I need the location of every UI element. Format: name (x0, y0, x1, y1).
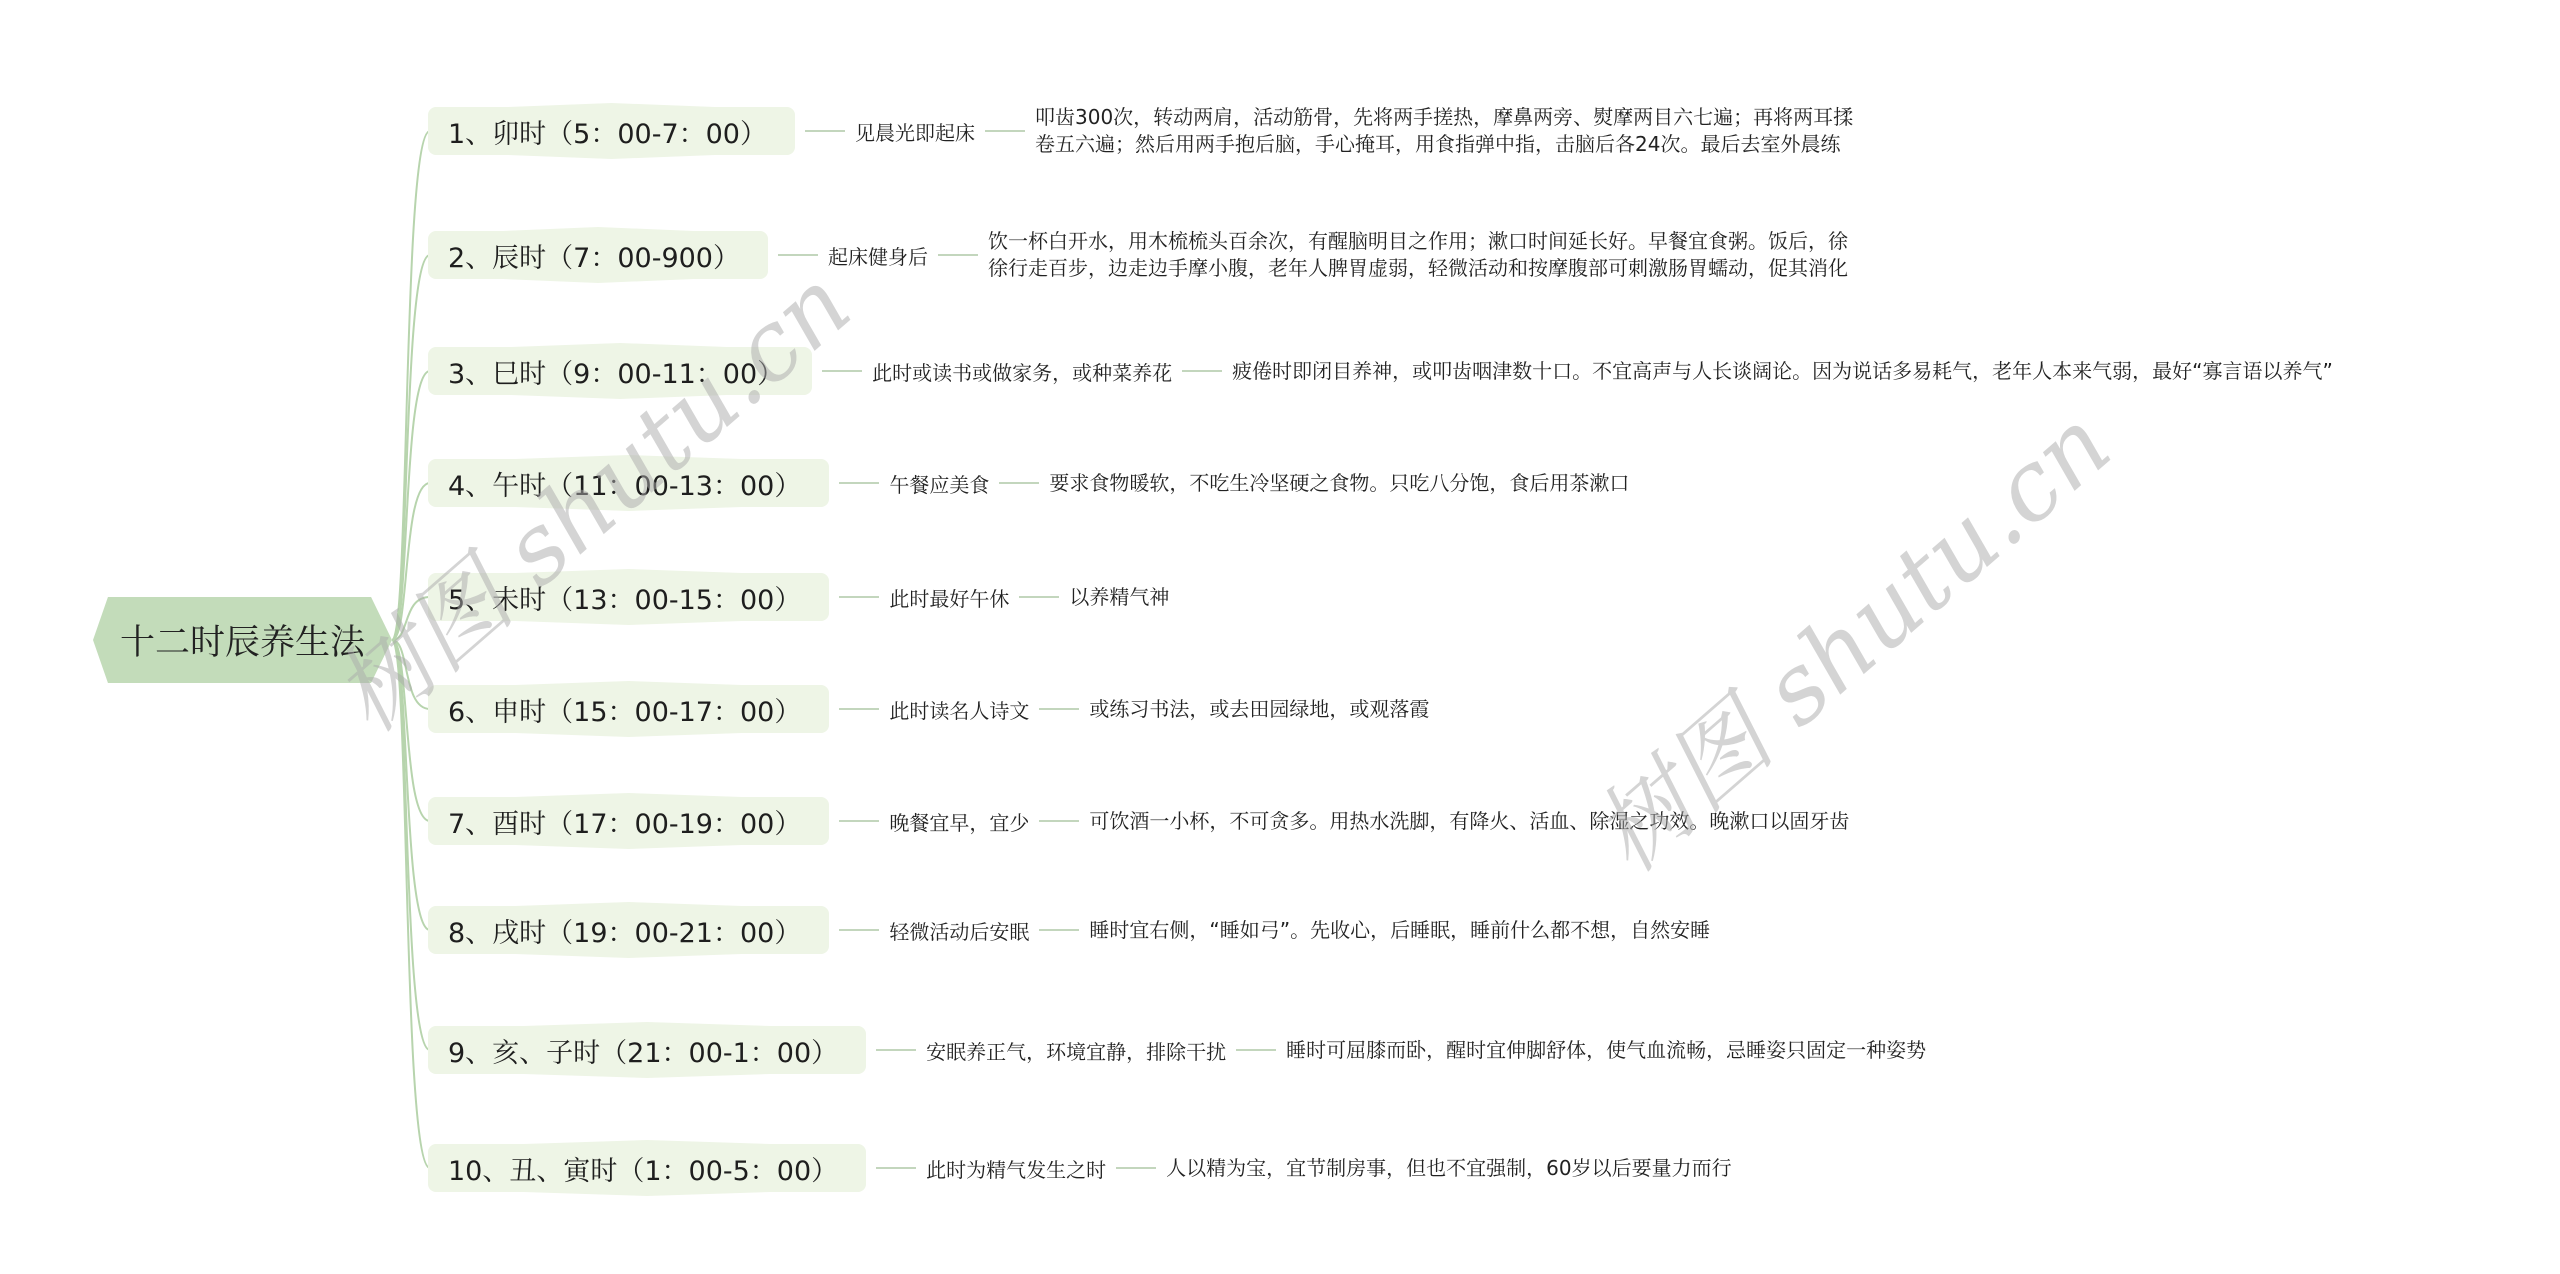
detail-text[interactable]: 疲倦时即闭目养神，或叩齿咽津数十口。不宜高声与人长谈阔论。因为说话多易耗气，老年… (1232, 358, 2333, 385)
connector-line (1236, 1049, 1276, 1051)
branch-you: 7、酉时（17：00-19：00） 晚餐宜早，宜少 可饮酒一小杯，不可贪多。用热… (428, 797, 1849, 845)
branch-shen: 6、申时（15：00-17：00） 此时读名人诗文 或练习书法，或去田园绿地，或… (428, 685, 1429, 733)
topic-label: 2、辰时（7：00-900） (448, 236, 740, 275)
topic-node[interactable]: 5、未时（13：00-15：00） (428, 573, 829, 621)
branch-hai-zi: 9、亥、子时（21：00-1：00） 安眠养正气，环境宜静，排除干扰 睡时可屈膝… (428, 1026, 1926, 1074)
connector-line (839, 482, 879, 484)
connector-line (1039, 820, 1079, 822)
topic-label: 6、申时（15：00-17：00） (448, 690, 801, 729)
connector-line (876, 1049, 916, 1051)
connector-line (876, 1167, 916, 1169)
topic-node[interactable]: 6、申时（15：00-17：00） (428, 685, 829, 733)
topic-label: 10、丑、寅时（1：00-5：00） (448, 1149, 838, 1188)
subtopic[interactable]: 见晨光即起床 (855, 117, 975, 146)
topic-label: 3、巳时（9：00-11：00） (448, 352, 784, 391)
detail-text[interactable]: 可饮酒一小杯，不可贪多。用热水洗脚，有降火、活血、除湿之功效。晚漱口以固牙齿 (1089, 808, 1849, 835)
branch-wei: 5、未时（13：00-15：00） 此时最好午休 以养精气神 (428, 573, 1169, 621)
branch-chen: 2、辰时（7：00-900） 起床健身后 饮一杯白开水，用木梳梳头百余次，有醒脑… (428, 231, 1848, 279)
branch-xu: 8、戌时（19：00-21：00） 轻微活动后安眠 睡时宜右侧，“睡如弓”。先收… (428, 906, 1710, 954)
connector-line (778, 254, 818, 256)
topic-node[interactable]: 9、亥、子时（21：00-1：00） (428, 1026, 866, 1074)
connector-line (822, 370, 862, 372)
branch-chou-yin: 10、丑、寅时（1：00-5：00） 此时为精气发生之时 人以精为宝，宜节制房事… (428, 1144, 1732, 1192)
subtopic[interactable]: 此时读名人诗文 (889, 695, 1029, 724)
detail-text[interactable]: 要求食物暖软，不吃生冷坚硬之食物。只吃八分饱，食后用茶漱口 (1049, 470, 1629, 497)
connector-line (839, 708, 879, 710)
detail-text[interactable]: 人以精为宝，宜节制房事，但也不宜强制，60岁以后要量力而行 (1166, 1155, 1731, 1182)
topic-node[interactable]: 10、丑、寅时（1：00-5：00） (428, 1144, 866, 1192)
detail-text[interactable]: 睡时宜右侧，“睡如弓”。先收心，后睡眠，睡前什么都不想，自然安睡 (1089, 917, 1710, 944)
subtopic[interactable]: 此时最好午休 (889, 583, 1009, 612)
connector-line (1039, 708, 1079, 710)
subtopic[interactable]: 起床健身后 (828, 241, 928, 270)
topic-label: 8、戌时（19：00-21：00） (448, 911, 801, 950)
subtopic[interactable]: 安眠养正气，环境宜静，排除干扰 (926, 1036, 1226, 1065)
branch-wu: 4、午时（11：00-13：00） 午餐应美食 要求食物暖软，不吃生冷坚硬之食物… (428, 459, 1629, 507)
topic-node[interactable]: 7、酉时（17：00-19：00） (428, 797, 829, 845)
connector-line (999, 482, 1039, 484)
connector-line (805, 130, 845, 132)
detail-text[interactable]: 饮一杯白开水，用木梳梳头百余次，有醒脑明目之作用；漱口时间延长好。早餐宜食粥。饭… (988, 228, 1848, 282)
connector-line (985, 130, 1025, 132)
topic-node[interactable]: 3、巳时（9：00-11：00） (428, 347, 812, 395)
subtopic[interactable]: 此时为精气发生之时 (926, 1154, 1106, 1183)
topic-label: 7、酉时（17：00-19：00） (448, 802, 801, 841)
detail-text[interactable]: 以养精气神 (1069, 584, 1169, 611)
connector-line (1182, 370, 1222, 372)
topic-node[interactable]: 1、卯时（5：00-7：00） (428, 107, 795, 155)
topic-node[interactable]: 4、午时（11：00-13：00） (428, 459, 829, 507)
root-topic-label: 十二时辰养生法 (120, 615, 365, 665)
detail-text[interactable]: 或练习书法，或去田园绿地，或观落霞 (1089, 696, 1429, 723)
root-topic[interactable]: 十二时辰养生法 (93, 597, 392, 683)
branch-mao: 1、卯时（5：00-7：00） 见晨光即起床 叩齿300次，转动两肩，活动筋骨，… (428, 107, 1853, 155)
connector-line (839, 820, 879, 822)
subtopic[interactable]: 晚餐宜早，宜少 (889, 807, 1029, 836)
topic-label: 1、卯时（5：00-7：00） (448, 112, 767, 151)
connector-line (839, 596, 879, 598)
topic-label: 4、午时（11：00-13：00） (448, 464, 801, 503)
topic-label: 9、亥、子时（21：00-1：00） (448, 1031, 838, 1070)
subtopic[interactable]: 午餐应美食 (889, 469, 989, 498)
detail-text[interactable]: 睡时可屈膝而卧，醒时宜伸脚舒体，使气血流畅，忌睡姿只固定一种姿势 (1286, 1037, 1926, 1064)
detail-text[interactable]: 叩齿300次，转动两肩，活动筋骨，先将两手搓热，摩鼻两旁、熨摩两目六七遍；再将两… (1035, 104, 1853, 158)
topic-node[interactable]: 2、辰时（7：00-900） (428, 231, 768, 279)
connector-line (1039, 929, 1079, 931)
connector-line (1019, 596, 1059, 598)
connector-line (938, 254, 978, 256)
topic-label: 5、未时（13：00-15：00） (448, 578, 801, 617)
branch-si: 3、巳时（9：00-11：00） 此时或读书或做家务，或种菜养花 疲倦时即闭目养… (428, 347, 2333, 395)
connector-line (1116, 1167, 1156, 1169)
mindmap-canvas: 十二时辰养生法 1、卯时（5：00-7：00） 见晨光即起床 叩齿300次，转动… (0, 0, 2560, 1274)
subtopic[interactable]: 此时或读书或做家务，或种菜养花 (872, 357, 1172, 386)
subtopic[interactable]: 轻微活动后安眠 (889, 916, 1029, 945)
topic-node[interactable]: 8、戌时（19：00-21：00） (428, 906, 829, 954)
connector-line (839, 929, 879, 931)
